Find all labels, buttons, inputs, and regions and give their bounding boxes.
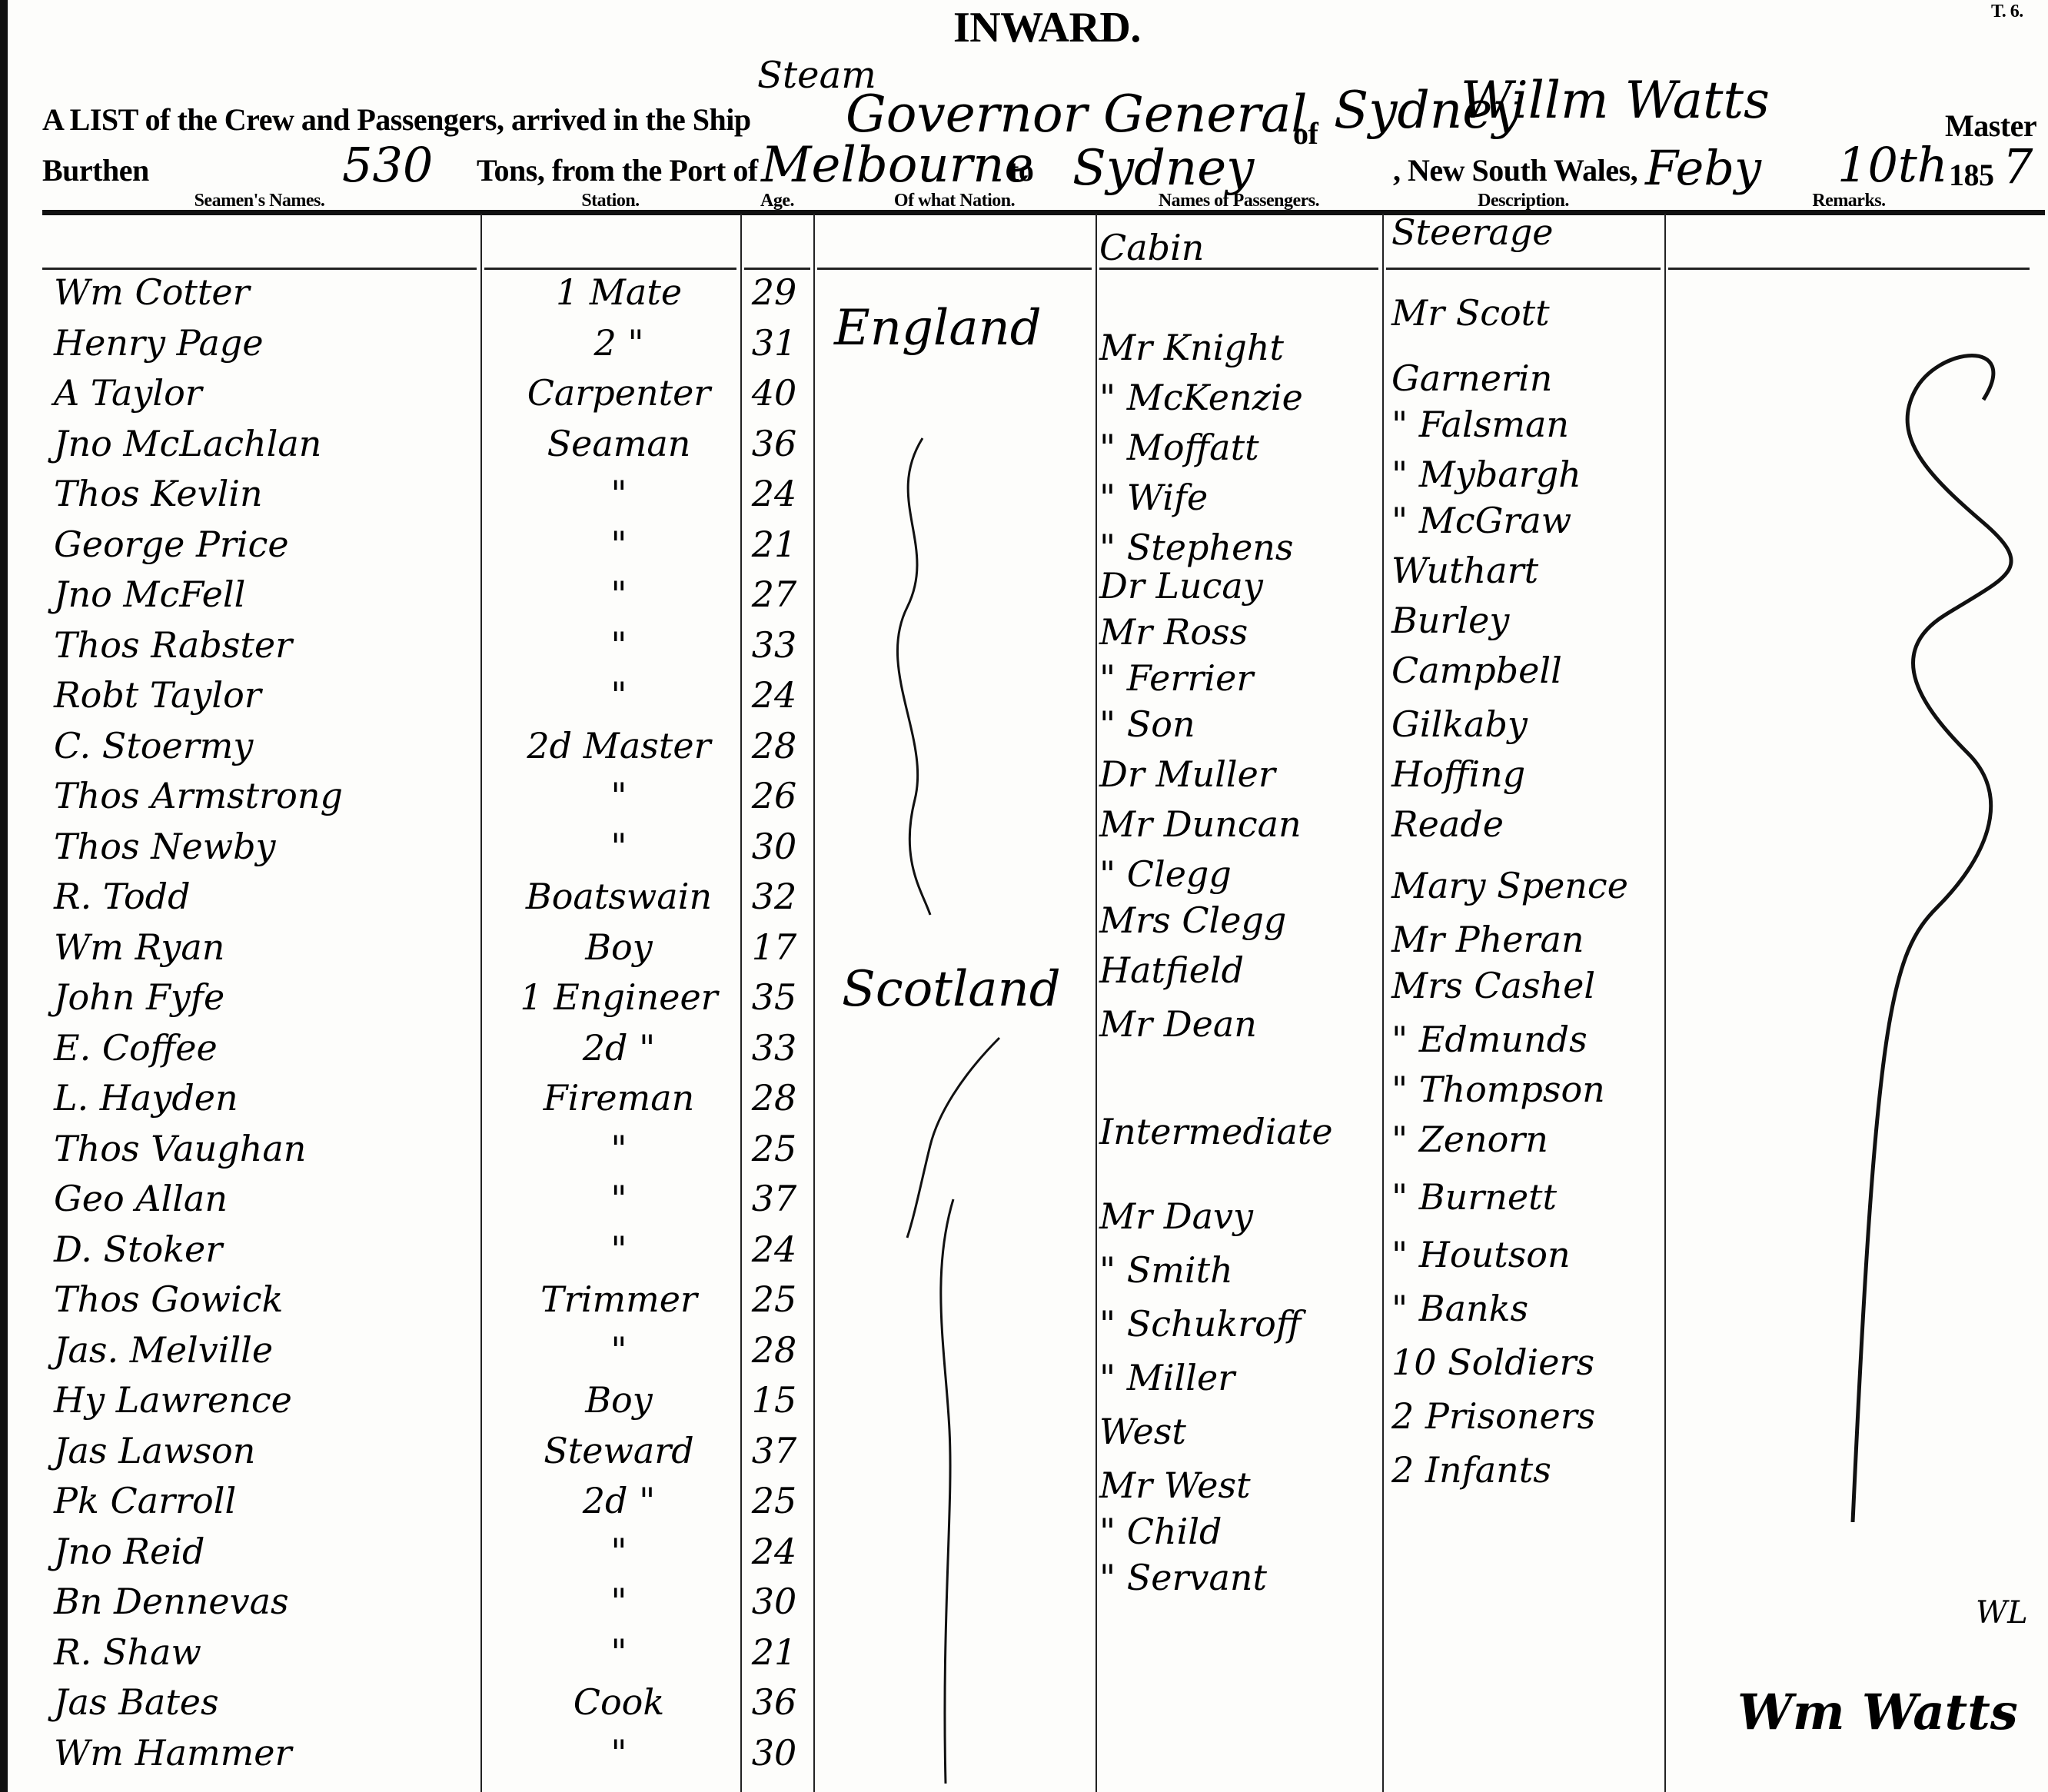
col-nation: Of what Nation.	[817, 191, 1092, 211]
description-row: " Zenorn	[0, 1122, 1668, 1156]
column-head-rule	[1668, 268, 2030, 270]
master-signature: Wm Watts	[1737, 1684, 2018, 1741]
passenger-description: Steerage	[1391, 215, 1554, 249]
col-remarks: Remarks.	[1668, 191, 2030, 211]
passenger-description: " Houtson	[1391, 1238, 1571, 1272]
list-title-printed: A LIST of the Crew and Passengers, arriv…	[42, 101, 751, 138]
passenger-description: Mrs Cashel	[1391, 969, 1595, 1002]
passenger-name: Mr Knight	[1099, 331, 1284, 364]
description-row: " McGraw	[0, 504, 1668, 537]
from-port: Melbourne	[761, 137, 1033, 194]
seaman-age: 36	[740, 1685, 809, 1719]
passenger-description: Burley	[1391, 603, 1509, 637]
nsw-label: , New South Wales,	[1393, 152, 1637, 188]
description-row: 2 Prisoners	[0, 1399, 1668, 1433]
description-row: Campbell	[0, 653, 1668, 687]
description-row: Mr Scott	[0, 296, 1668, 330]
description-row: " Edmunds	[0, 1022, 1668, 1056]
ship-name: Governor General	[846, 85, 1307, 144]
description-row: 10 Soldiers	[0, 1345, 1668, 1379]
column-head-rule	[484, 268, 736, 270]
description-row: Wuthart	[0, 554, 1668, 587]
passenger-description: " Zenorn	[1391, 1122, 1548, 1156]
passenger-row: Mr Knight	[0, 331, 1384, 364]
document-heading: INWARD.	[953, 3, 1141, 52]
seaman-station: Cook	[492, 1685, 746, 1719]
immigration-crew-list-page: INWARD. T. 6. A LIST of the Crew and Pas…	[0, 0, 2048, 1792]
description-row: Hoffing	[0, 757, 1668, 791]
passenger-row: " Servant	[0, 1561, 1384, 1594]
description-row: " Burnett	[0, 1180, 1668, 1214]
description-row: Burley	[0, 603, 1668, 637]
description-row: " Falsman	[0, 407, 1668, 441]
seaman-name: Jas Bates	[54, 1685, 219, 1719]
description-row: Garnerin	[0, 361, 1668, 395]
year-digit: 7	[2003, 138, 2033, 194]
description-row: " Houtson	[0, 1238, 1668, 1272]
passenger-description: " Mybargh	[1391, 457, 1581, 491]
column-head-rule	[42, 268, 477, 270]
description-row: " Banks	[0, 1292, 1668, 1325]
column-head-rule	[817, 268, 1092, 270]
column-divider	[1664, 214, 1666, 1792]
crew-row: R. Shaw"21	[0, 1635, 815, 1669]
passenger-description: Mary Spence	[1391, 869, 1628, 903]
col-passenger-names: Names of Passengers.	[1099, 191, 1378, 211]
seaman-age: 30	[740, 1736, 809, 1770]
passenger-description: Wuthart	[1391, 554, 1538, 587]
burthen-label: Burthen	[42, 152, 149, 188]
crew-row: Jas BatesCook36	[0, 1685, 815, 1719]
year-printed: 185	[1949, 157, 1994, 193]
passenger-description: 2 Infants	[1391, 1453, 1551, 1487]
crew-row: Wm Hammer"30	[0, 1736, 815, 1770]
passenger-name: " Servant	[1099, 1561, 1267, 1594]
seaman-station: "	[492, 1736, 746, 1770]
passenger-row: " Child	[0, 1514, 1384, 1548]
column-head-rule	[1386, 268, 1661, 270]
passenger-description: Mr Scott	[1391, 296, 1550, 330]
description-row: " Thompson	[0, 1072, 1668, 1106]
description-row: " Mybargh	[0, 457, 1668, 491]
seaman-age: 21	[740, 1635, 809, 1669]
remarks-ditto-wave	[1830, 323, 2045, 1522]
passenger-description: " Falsman	[1391, 407, 1569, 441]
description-row: Mary Spence	[0, 869, 1668, 903]
passenger-description: Gilkaby	[1391, 707, 1528, 741]
col-station: Station.	[484, 191, 736, 211]
seaman-name: Wm Hammer	[54, 1736, 292, 1770]
passenger-name: " Child	[1099, 1514, 1222, 1548]
passenger-description: " Banks	[1391, 1292, 1528, 1325]
clerk-initials: WL	[1976, 1595, 2028, 1631]
description-row: Steerage	[0, 215, 1668, 249]
form-code: T. 6.	[1991, 2, 2023, 22]
col-age: Age.	[744, 191, 810, 211]
arrival-month: Feby	[1645, 140, 1761, 196]
passenger-description: 10 Soldiers	[1391, 1345, 1594, 1379]
col-seamen-names: Seamen's Names.	[42, 191, 477, 211]
passenger-description: 2 Prisoners	[1391, 1399, 1595, 1433]
seaman-station: "	[492, 1635, 746, 1669]
passenger-description: Hoffing	[1391, 757, 1525, 791]
col-description: Description.	[1386, 191, 1661, 211]
arrival-day: 10th	[1837, 137, 1948, 193]
description-row: Gilkaby	[0, 707, 1668, 741]
description-row: Reade	[0, 807, 1668, 841]
passenger-description: " McGraw	[1391, 504, 1571, 537]
tonnage: 530	[342, 137, 433, 193]
to-port: Sydney	[1072, 140, 1254, 197]
passenger-description: Mr Pheran	[1391, 923, 1584, 956]
passenger-description: " Edmunds	[1391, 1022, 1588, 1056]
passenger-description: " Thompson	[1391, 1072, 1605, 1106]
description-row: Mrs Cashel	[0, 969, 1668, 1002]
description-row: Mr Pheran	[0, 923, 1668, 956]
passenger-description: Garnerin	[1391, 361, 1552, 395]
passenger-description: Reade	[1391, 807, 1504, 841]
column-head-rule	[744, 268, 810, 270]
description-row: 2 Infants	[0, 1453, 1668, 1487]
passenger-description: Campbell	[1391, 653, 1562, 687]
master-name: Willm Watts	[1461, 71, 1770, 130]
passenger-description: " Burnett	[1391, 1180, 1557, 1214]
seaman-name: R. Shaw	[54, 1635, 201, 1669]
tons-from-label: Tons, from the Port of	[477, 152, 758, 188]
